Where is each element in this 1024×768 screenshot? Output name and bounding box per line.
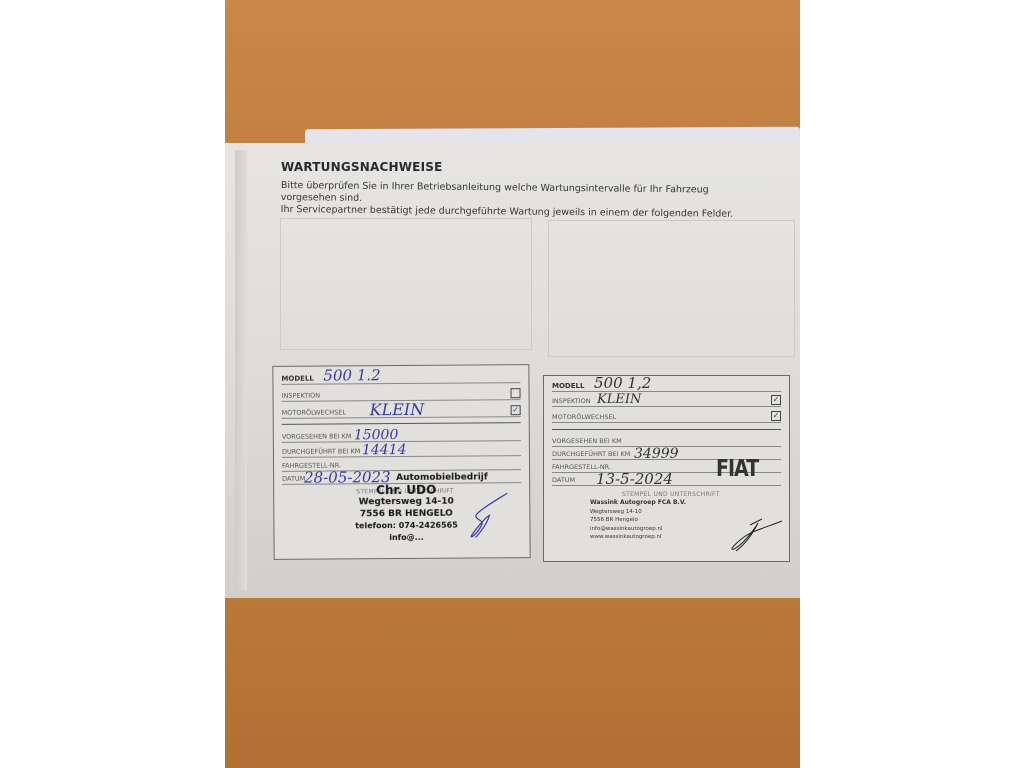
inspection-checkbox: ✓ (771, 395, 781, 405)
ghost-box-left (280, 218, 532, 350)
planned-km-value: 15000 (354, 427, 399, 443)
fiat-logo: FIAT (716, 456, 758, 482)
dealer-stamp: Wassink Autogroep FCA B.V. Wegtersweg 14… (590, 499, 686, 542)
done-km-row: DURCHGEFÜHRT BEI KM 14414 (282, 444, 521, 458)
inspection-note: Klein (597, 392, 641, 407)
page-fold (235, 150, 247, 590)
page-title: WARTUNGSNACHWEISE (281, 160, 442, 174)
intro-text: Bitte überprüfen Sie in Ihrer Betriebsan… (281, 180, 751, 221)
signature (722, 511, 787, 556)
divider (552, 429, 781, 430)
date-value: 13-5-2024 (596, 470, 673, 488)
done-km-value: 34999 (634, 446, 679, 462)
inspection-checkbox (510, 388, 520, 398)
planned-km-row: VORGESEHEN BEI KM 15000 (282, 429, 521, 443)
image-border-left (0, 0, 225, 768)
done-km-value: 14414 (362, 442, 407, 458)
inspection-row: INSPEKTION Klein ✓ (552, 395, 781, 407)
model-row: MODELL 500 1,2 (552, 380, 781, 392)
model-row: MODELL 500 1.2 (281, 371, 520, 385)
service-record-1: MODELL 500 1.2 INSPEKTION MOTORÖLWECHSEL… (272, 364, 530, 560)
divider (282, 422, 521, 425)
oil-change-checkbox: ✓ (511, 405, 521, 415)
oil-change-row: MOTORÖLWECHSEL Klein ✓ (282, 405, 521, 419)
ghost-box-right (548, 220, 795, 357)
model-value: 500 1,2 (594, 374, 651, 392)
stamp-label: STEMPEL UND UNTERSCHRIFT (622, 491, 720, 498)
dealer-stamp: Automobielbedrijf Chr. UDO Wegtersweg 14… (346, 472, 466, 545)
model-value: 500 1.2 (323, 366, 380, 384)
oil-change-note: Klein (370, 400, 425, 419)
service-record-2: MODELL 500 1,2 INSPEKTION Klein ✓ MOTORÖ… (543, 375, 790, 562)
signature (459, 485, 519, 545)
oil-change-row: MOTORÖLWECHSEL ✓ (552, 411, 781, 423)
image-border-right (800, 0, 1024, 768)
oil-change-checkbox: ✓ (771, 411, 781, 421)
